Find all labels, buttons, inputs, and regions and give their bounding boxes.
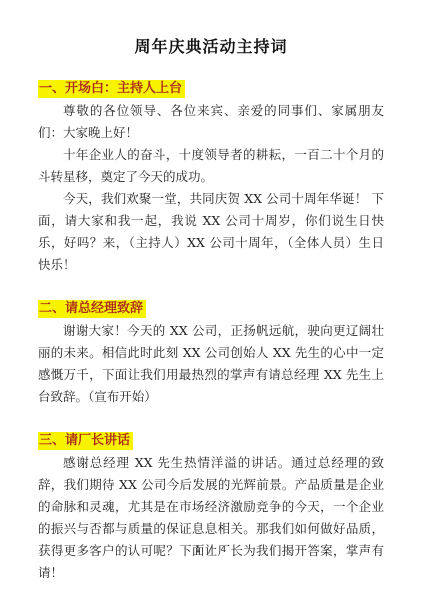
- document-page: 周年庆典活动主持词 一、开场白：主持人上台 尊敬的各位领导、各位来宾、亲爱的同事…: [0, 0, 422, 584]
- paragraph: 今天，我们欢聚一堂，共同庆贺 XX 公司十周年华诞！ 下面，请大家和我一起，我说…: [38, 188, 384, 276]
- section-heading-highlight: 三、请厂长讲话: [38, 432, 133, 450]
- section-factory-director-speech: 三、请厂长讲话 感谢总经理 XX 先生热情洋溢的讲话。通过总经理的致辞，我们期待…: [38, 430, 384, 584]
- section-opening: 一、开场白：主持人上台 尊敬的各位领导、各位来宾、亲爱的同事们、家属朋友们：大家…: [38, 78, 384, 276]
- document-title: 周年庆典活动主持词: [38, 36, 384, 58]
- section-heading-highlight: 二、请总经理致辞: [38, 300, 146, 318]
- section-general-manager-speech: 二、请总经理致辞 谢谢大家！今天的 XX 公司，正扬帆远航，驶向更辽阔壮丽的未来…: [38, 298, 384, 408]
- paragraph: 尊敬的各位领导、各位来宾、亲爱的同事们、家属朋友们：大家晚上好！: [38, 100, 384, 144]
- page-number: 1 / 4: [0, 545, 422, 555]
- section-heading: 三、请厂长讲话: [38, 430, 384, 452]
- section-heading: 二、请总经理致辞: [38, 298, 384, 320]
- paragraph: 谢谢大家！今天的 XX 公司，正扬帆远航，驶向更辽阔壮丽的未来。相信此时此刻 X…: [38, 320, 384, 408]
- section-heading-highlight: 一、开场白：主持人上台: [38, 80, 185, 98]
- section-heading: 一、开场白：主持人上台: [38, 78, 384, 100]
- paragraph: 十年企业人的奋斗，十度领导者的耕耘，一百二十个月的斗转星移，奠定了今天的成功。: [38, 144, 384, 188]
- paragraph: 感谢总经理 XX 先生热情洋溢的讲话。通过总经理的致辞，我们期待 XX 公司今后…: [38, 452, 384, 584]
